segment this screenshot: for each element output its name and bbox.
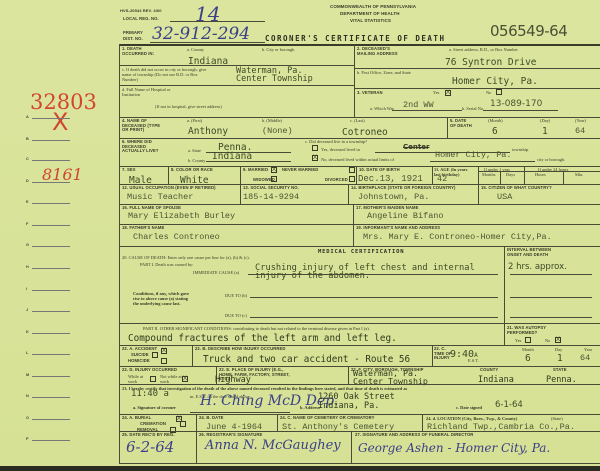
name-label: 4. NAME OF DECEASED (Type or print) [122, 119, 162, 133]
birthplace: Johnstown, Pa. [358, 192, 429, 202]
dod-year: 64 [575, 126, 585, 136]
spouse-label: 16. FULL NAME OF SPOUSE [122, 206, 181, 211]
coroner-address-line-2: Indiana, Pa. [318, 402, 395, 411]
middle-name: (None) [262, 126, 293, 136]
months-label: Months [482, 172, 495, 177]
res-city: Homer City, Pa. [435, 150, 512, 160]
age: 42 [437, 174, 447, 184]
lived-in-township-text: Yes, deceased lived in [321, 147, 360, 152]
due-to-c-label: DUE TO (c) [225, 313, 247, 318]
death-township: Waterman, Pa. Center Township [236, 67, 313, 83]
location-state-label: (State) [551, 416, 563, 421]
estimated-ampm: a [164, 389, 169, 399]
margin-letter: F [26, 222, 28, 226]
widowed-checkbox[interactable] [271, 176, 277, 182]
margin-letter: I [26, 287, 27, 291]
time-of-death-estimated: 11:40 a [131, 389, 169, 399]
res-township: Center [403, 143, 429, 151]
margin-letter: O [26, 416, 29, 420]
margin-letter: K [26, 330, 29, 334]
citizen: USA [497, 192, 512, 202]
coroner-signature-label: a. Signature of coroner [133, 405, 176, 410]
autopsy-yes-checkbox[interactable] [525, 337, 531, 343]
not-at-work-checkbox[interactable]: X [182, 376, 188, 382]
margin-letter: G [26, 243, 29, 247]
registrar-signature-label: 26. REGISTRAR'S SIGNATURE [199, 433, 262, 438]
autopsy-no-checkbox[interactable]: X [555, 337, 561, 343]
primary-label: PRIMARY [123, 31, 143, 36]
date-of-death-label: 5. DATE OF DEATH [450, 119, 472, 128]
cemetery-label: 24. c. NAME OF CEMETERY OR CREMATORY [280, 416, 375, 421]
margin-letter: M [26, 373, 29, 377]
dod-year-label: (Year) [575, 118, 586, 123]
location-label: 24. d. LOCATION (City, Boro., Twp., & Co… [426, 416, 517, 421]
part2-label: PART II. OTHER SIGNIFICANT CONDITIONS: c… [143, 326, 370, 331]
due-to-b-label: DUE TO (b) [225, 293, 247, 298]
injury-day-label: Day [555, 347, 562, 352]
citizen-label: 15. CITIZEN OF WHAT COUNTRY? [481, 186, 552, 191]
margin-letter: D [26, 179, 29, 183]
divorced-label: DIVORCED [325, 178, 348, 183]
accident-checkbox[interactable]: X [161, 348, 167, 354]
autopsy-yes-label: Yes [515, 338, 521, 343]
veteran-no-label: No [486, 90, 491, 95]
accident-label: 22. a. ACCIDENT [122, 347, 157, 352]
township-question: c. Did deceased live in a township? [305, 139, 367, 144]
at-work-checkbox[interactable] [150, 376, 156, 382]
dob: Dec.13, 1921 [358, 174, 423, 184]
cremation-label: CREMATION [140, 422, 166, 427]
interval-label: INTERVAL BETWEEN ONSET AND DEATH [507, 248, 567, 257]
mailing-post-office: Homer City, Pa. [452, 76, 538, 87]
injury-month: 6 [525, 353, 531, 364]
father: Charles Controneo [133, 232, 220, 242]
injury-state-label: STATE [553, 368, 567, 373]
coroner-address: 1260 Oak Street Indiana, Pa. [318, 393, 395, 411]
interval-value: 2 hrs. approx. [508, 262, 567, 272]
page-title: CORONER'S CERTIFICATE OF DEATH [265, 34, 445, 43]
township-suffix: township. [512, 147, 529, 152]
estimated-time: 11:40 [131, 389, 158, 399]
days-label: Days [506, 172, 515, 177]
township-label: c. If death did not occur in city or bor… [122, 67, 212, 82]
serial-label: b. Serial No. [462, 106, 484, 111]
race-label: 8. COLOR OR RACE [171, 168, 213, 173]
dod-month: 6 [492, 126, 498, 137]
department: DEPARTMENT OF HEALTH [340, 12, 400, 17]
margin-letter: J [26, 308, 28, 312]
city-label: b. City or borough [262, 47, 294, 52]
spouse: Mary Elizabeth Burley [128, 211, 235, 221]
burial-label: 24. a. BURIAL [122, 416, 151, 421]
homicide-label: HOMICIDE [128, 359, 150, 364]
dod-day-label: (Day) [540, 118, 550, 123]
married-checkbox[interactable]: X [271, 167, 277, 173]
part2-value: Compound fractures of the left arm and l… [128, 333, 397, 344]
last-name-label: c. (Last) [350, 118, 365, 123]
margin-letter: L [26, 351, 28, 355]
lived-in-city-checkbox[interactable]: X [312, 155, 318, 161]
res-county-label: b. County [188, 158, 205, 163]
dist-label: DIST. NO. [123, 37, 143, 42]
death-certificate: HVS-20544 REV. 4/60 LOCAL REG. NO. 14 PR… [0, 0, 600, 471]
lived-in-township-checkbox[interactable] [312, 145, 318, 151]
local-reg-label: LOCAL REG. NO. [123, 17, 159, 22]
form-number: HVS-20544 REV. 4/60 [120, 9, 162, 13]
stamp-mark: X [52, 108, 68, 136]
injury-day: 1 [557, 353, 563, 364]
street-label: a. Street address, R.D., or Box Number [449, 47, 518, 52]
medical-heading: MEDICAL CERTIFICATION [318, 249, 404, 255]
death-occurred-label: 1. DEATH OCCURRED IN: [122, 47, 160, 56]
last-name: Cotroneo [342, 127, 388, 138]
mother-label: 17. MOTHER'S MAIDEN NAME [356, 206, 419, 211]
immediate-cause-label: IMMEDIATE CAUSE (a) [193, 270, 239, 275]
min-label: Min. [575, 172, 583, 177]
injury-year: 64 [580, 353, 590, 363]
margin-letter: P [26, 437, 29, 441]
veteran-serial: 13-089-170 [490, 99, 542, 109]
date-received-label: 25. DATE REC'D BY REG. [122, 433, 175, 438]
injury-county-label: COUNTY [480, 368, 498, 373]
post-office-label: b. Post Office, Zone, and State [357, 70, 411, 75]
first-name: Anthony [188, 126, 228, 137]
war-label: a. Which War [370, 106, 394, 111]
cause-label: 20. CAUSE OF DEATH: Enter only one cause… [122, 255, 250, 260]
margin-letter: B [26, 137, 29, 141]
disposition-date-label: 24. b. DATE [199, 416, 224, 421]
birthplace-label: 14. BIRTHPLACE (State or foreign country… [351, 186, 456, 191]
veteran-yes-label: Yes [433, 90, 439, 95]
dod-day: 1 [542, 126, 548, 137]
describe-label: 22. b. DESCRIBE HOW INJURY OCCURRED [195, 347, 286, 352]
division: VITAL STATISTICS [350, 19, 391, 24]
autopsy-no-label: No [545, 338, 550, 343]
sex-label: 7. SEX [122, 168, 136, 173]
ssn: 185-14-9294 [243, 192, 299, 202]
funeral-director-signature: George Ashen - Homer City, Pa. [358, 441, 550, 455]
not-at-work-label: Not while at work [160, 374, 182, 384]
injury-occurred-label: 22. d. INJURY OCCURRED [122, 368, 177, 373]
mailing-label: 2. DECEASED'S MAILING ADDRESS [357, 47, 402, 56]
coroner-address-label: b. Address [300, 405, 320, 410]
date-received: 6-2-64 [126, 438, 174, 456]
cremation-checkbox[interactable] [180, 421, 186, 427]
never-married-checkbox[interactable] [349, 167, 355, 173]
first-name-label: a. (First) [187, 118, 202, 123]
homicide-checkbox[interactable] [161, 358, 167, 364]
veteran-no-checkbox[interactable] [496, 89, 502, 95]
city-suffix: city or borough. [537, 157, 565, 162]
scan-edge [0, 466, 600, 471]
middle-name-label: b. (Middle) [262, 118, 282, 123]
suicide-label: SUICIDE [131, 353, 149, 358]
margin-letter: H [26, 265, 29, 269]
dob-label: 10. DATE OF BIRTH [359, 168, 400, 173]
veteran-yes-checkbox[interactable]: X [445, 90, 451, 96]
date-signed: 6-1-64 [495, 400, 523, 410]
certificate-number: 056549-64 [490, 22, 567, 40]
registrar-signature: Anna N. McGaughey [205, 438, 341, 453]
injury-description: Truck and two car accident - Route 56 [203, 354, 410, 365]
county-label: a. County [187, 47, 204, 52]
father-label: 18. FATHER'S NAME [122, 226, 164, 231]
hospital-label: d. Full Name of Hospital or Institution [122, 87, 182, 97]
mother: Angeline Bifano [367, 211, 444, 221]
dod-month-label: (Month) [488, 118, 503, 123]
injury-month-label: Month [522, 347, 534, 352]
part1-label: PART I. Death was caused by: [140, 262, 193, 267]
conditions-label: Conditions, if any, which gave rise to a… [133, 291, 193, 306]
informant: Mrs. Mary E. Controneo-Homer City,Pa. [363, 232, 552, 242]
informant-label: 19. INFORMANT'S NAME AND ADDRESS [356, 226, 440, 231]
residence-label: 6. WHERE DID DECEASED ACTUALLY LIVE? [122, 140, 162, 154]
local-reg-value: 14 [195, 2, 220, 26]
funeral-director-label: 27. SIGNATURE AND ADDRESS OF FUNERAL DIR… [355, 433, 473, 438]
commonwealth: COMMONWEALTH OF PENNSYLVANIA [330, 5, 416, 10]
margin-letter: N [26, 394, 29, 398]
never-married-label: NEVER MARRIED [282, 168, 318, 173]
occupation: Music Teacher [127, 192, 193, 202]
est-label: E.S.T. [468, 358, 479, 363]
township-line-2: Center Township [236, 75, 313, 83]
at-work-label: While at work [128, 374, 148, 384]
ssn-label: 13. SOCIAL SECURITY NO. [243, 186, 299, 191]
hours-label: Hours [535, 172, 546, 177]
injury-city: Waterman, Pa. Center Township [353, 370, 428, 385]
immediate-cause: Crushing injury of left chest and intern… [255, 264, 475, 280]
suicide-checkbox[interactable] [152, 352, 158, 358]
date-signed-label: c. Date signed [456, 405, 482, 410]
divorced-checkbox[interactable] [349, 176, 355, 182]
mailing-street: 76 Syntron Drive [445, 57, 537, 68]
lived-in-city-text: No, deceased lived within actual limits … [321, 157, 394, 162]
margin-letter: E [26, 200, 29, 204]
margin-letter: A [26, 115, 29, 119]
res-state-label: a. State [188, 148, 201, 153]
injury-year-label: Year [584, 347, 592, 352]
married-label: 9. MARRIED [243, 168, 268, 173]
veteran-war: 2nd WW [403, 100, 434, 110]
primary-dist-value: 32-912-294 [152, 24, 250, 44]
hospital-note: (If not in hospital, give street address… [155, 104, 222, 109]
margin-letter: C [26, 157, 29, 161]
occupation-label: 12. USUAL OCCUPATION (even if retired) [122, 186, 216, 191]
autopsy-label: 21. WAS AUTOPSY PERFORMED? [507, 326, 555, 335]
veteran-label: 3. VETERAN [357, 91, 383, 96]
